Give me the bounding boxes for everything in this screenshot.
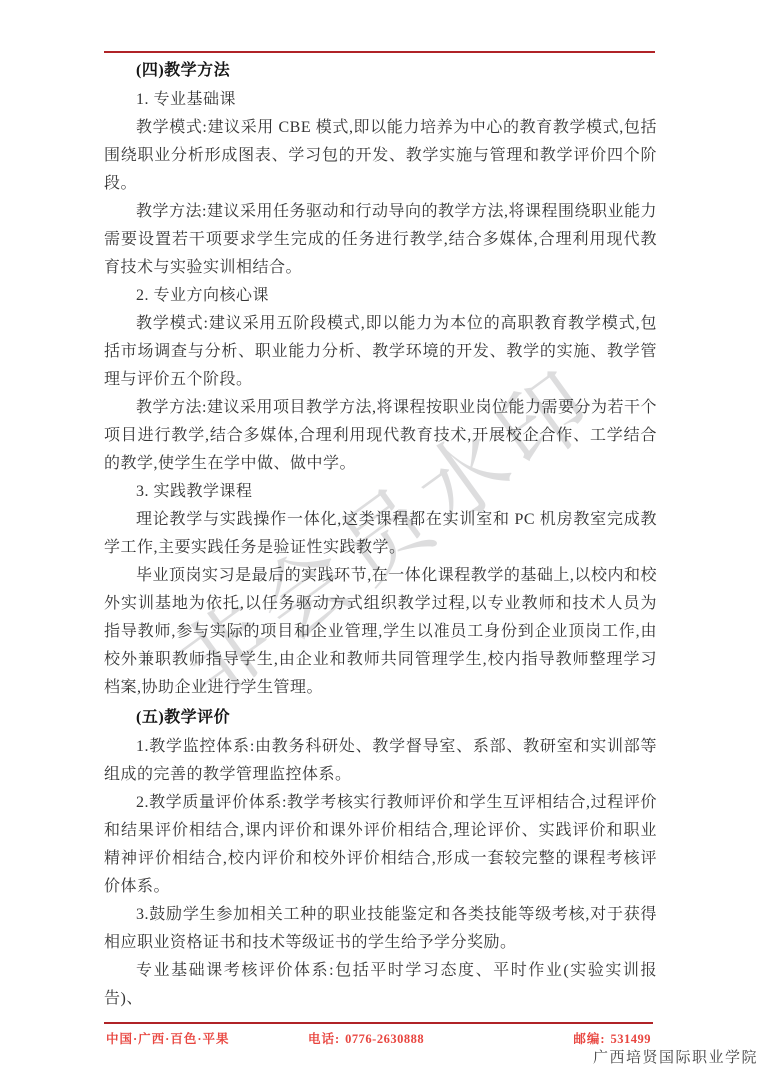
paragraph: 教学方法:建议采用项目教学方法,将课程按职业岗位能力需要分为若干个项目进行教学,… [104,394,657,478]
paragraph: 1. 专业基础课 [104,86,657,114]
footer-phone-label: 电话: [308,1032,340,1046]
paragraph: 理论教学与实践操作一体化,这类课程都在实训室和 PC 机房教室完成教学工作,主要… [104,506,657,562]
paragraph: 教学模式:建议采用 CBE 模式,即以能力培养为中心的教育教学模式,包括围绕职业… [104,114,657,198]
paragraph: 3.鼓励学生参加相关工种的职业技能鉴定和各类技能等级考核,对于获得相应职业资格证… [104,901,657,957]
paragraph: 2. 专业方向核心课 [104,282,657,310]
paragraph: 3. 实践教学课程 [104,478,657,506]
paragraph: 教学方法:建议采用任务驱动和行动导向的教学方法,将课程围绕职业能力需要设置若干项… [104,198,657,282]
footer-rule [104,1022,653,1024]
footer-location: 中国·广西·百色·平果 [106,1029,230,1047]
paragraph: 教学模式:建议采用五阶段模式,即以能力为本位的高职教育教学模式,包括市场调查与分… [104,310,657,394]
footer-postcode: 邮编:531499 [573,1029,651,1047]
footer-postcode-value: 531499 [611,1032,652,1046]
section-heading: (五)教学评价 [104,704,657,732]
section-heading: (四)教学方法 [104,57,657,85]
paragraph: 专业基础课考核评价体系:包括平时学习态度、平时作业(实验实训报告)、 [104,957,657,1013]
document-body: (四)教学方法1. 专业基础课教学模式:建议采用 CBE 模式,即以能力培养为中… [104,55,657,1013]
page-footer: 中国·广西·百色·平果 电话:0776-2630888 邮编:531499 [104,1029,653,1049]
paragraph: 毕业顶岗实习是最后的实践环节,在一体化课程教学的基础上,以校内和校外实训基地为依… [104,562,657,702]
footer-phone-number: 0776-2630888 [345,1032,424,1046]
document-page: 非会员水印 (四)教学方法1. 专业基础课教学模式:建议采用 CBE 模式,即以… [0,0,763,1080]
footer-phone: 电话:0776-2630888 [308,1029,424,1047]
footer-postcode-label: 邮编: [573,1032,605,1046]
paragraph: 1.教学监控体系:由教务科研处、教学督导室、系部、教研室和实训部等组成的完善的教… [104,733,657,789]
college-name: 广西培贤国际职业学院 [593,1046,758,1067]
paragraph: 2.教学质量评价体系:教学考核实行教师评价和学生互评相结合,过程评价和结果评价相… [104,789,657,901]
header-rule [104,51,655,53]
